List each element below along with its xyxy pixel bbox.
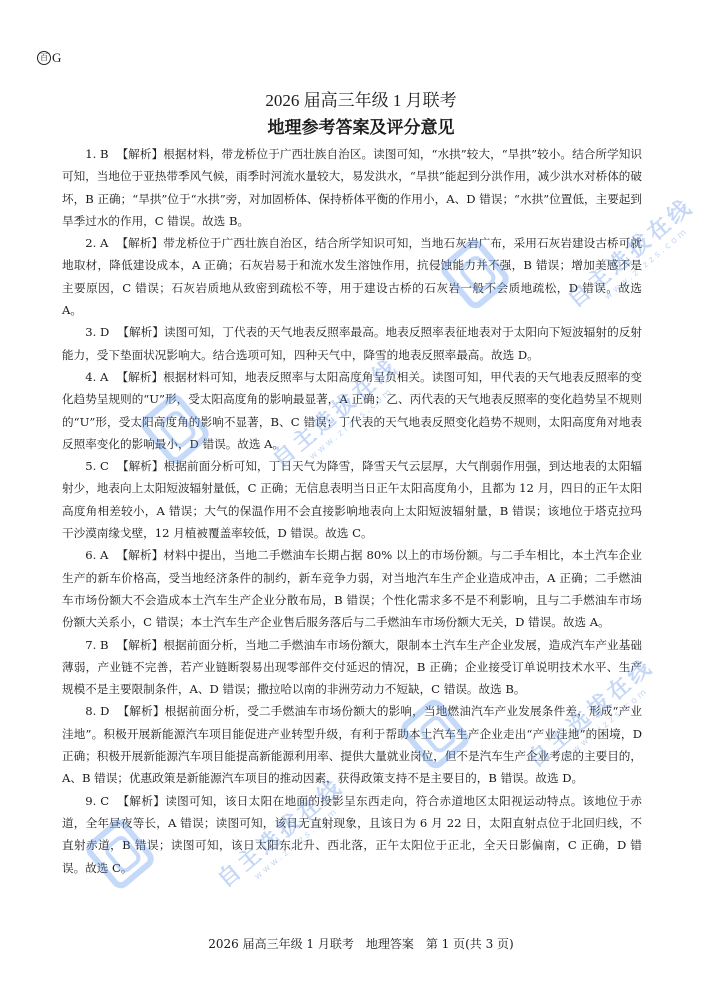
answer-number: 2. A	[85, 236, 108, 250]
answer-number: 3. D	[85, 325, 109, 339]
answer-item-2: 2. A【解析】带龙桥位于广西壮族自治区，结合所学知识可知，当地石灰岩广布，采用…	[62, 232, 642, 321]
answer-number: 7. B	[85, 638, 108, 652]
answer-explanation: 【解析】读图可知，丁代表的天气地表反照率最高。地表反照率表征地表对于太阳向下短波…	[62, 325, 642, 361]
answer-item-3: 3. D【解析】读图可知，丁代表的天气地表反照率最高。地表反照率表征地表对于太阳…	[62, 321, 642, 366]
answer-item-9: 9. C【解析】读图可知，该日太阳在地面的投影呈东西走向，符合赤道地区太阳视运动…	[62, 790, 642, 879]
exam-title: 2026 届高三年级 1 月联考	[0, 86, 722, 111]
answer-explanation: 【解析】材料中提出，当地二手燃油车长期占据 80% 以上的市场份额。与二手车相比…	[62, 548, 642, 629]
answer-number: 4. A	[85, 370, 108, 384]
answer-explanation: 【解析】读图可知，该日太阳在地面的投影呈东西走向，符合赤道地区太阳视运动特点。该…	[62, 794, 642, 875]
answer-explanation: 【解析】根据前面分析，当地二手燃油车市场份额大，限制本土汽车生产企业发展，造成汽…	[62, 638, 642, 697]
answer-number: 6. A	[85, 548, 108, 562]
answer-number: 1. B	[85, 147, 108, 161]
answer-item-7: 7. B【解析】根据前面分析，当地二手燃油车市场份额大，限制本土汽车生产企业发展…	[62, 634, 642, 701]
answer-number: 8. D	[85, 704, 109, 718]
answer-explanation: 【解析】根据前面分析可知，丁日天气为降雪，降雪天气云层厚，大气削弱作用强，到达地…	[62, 459, 642, 540]
answer-item-6: 6. A【解析】材料中提出，当地二手燃油车长期占据 80% 以上的市场份额。与二…	[62, 544, 642, 633]
answer-item-4: 4. A【解析】根据材料可知，地表反照率与太阳高度角呈负相关。读图可知，甲代表的…	[62, 366, 642, 455]
answer-number: 5. C	[85, 459, 109, 473]
answer-explanation: 【解析】带龙桥位于广西壮族自治区，结合所学知识可知，当地石灰岩广布，采用石灰岩建…	[62, 236, 642, 317]
circled-logo-icon: 百	[37, 51, 51, 65]
answer-explanation: 【解析】根据材料可知，地表反照率与太阳高度角呈负相关。读图可知，甲代表的天气地表…	[62, 370, 642, 451]
answer-explanation: 【解析】根据材料，带龙桥位于广西壮族自治区。读图可知，“水拱”较大，“旱拱”较小…	[62, 147, 642, 228]
logo-letter: G	[52, 50, 61, 66]
document-title: 地理参考答案及评分意见	[0, 113, 722, 138]
answer-item-5: 5. C【解析】根据前面分析可知，丁日天气为降雪，降雪天气云层厚，大气削弱作用强…	[62, 455, 642, 544]
answer-item-8: 8. D【解析】根据前面分析，受二手燃油车市场份额大的影响，当地燃油汽车产业发展…	[62, 700, 642, 789]
page-footer: 2026 届高三年级 1 月联考 地理答案 第 1 页(共 3 页)	[0, 935, 722, 952]
answer-explanation: 【解析】根据前面分析，受二手燃油车市场份额大的影响，当地燃油汽车产业发展条件差，…	[62, 704, 642, 785]
answer-item-1: 1. B【解析】根据材料，带龙桥位于广西壮族自治区。读图可知，“水拱”较大，“旱…	[62, 143, 642, 232]
answer-number: 9. C	[85, 794, 109, 808]
answer-list: 1. B【解析】根据材料，带龙桥位于广西壮族自治区。读图可知，“水拱”较大，“旱…	[62, 143, 642, 879]
publisher-logo: 百 G	[37, 50, 61, 66]
